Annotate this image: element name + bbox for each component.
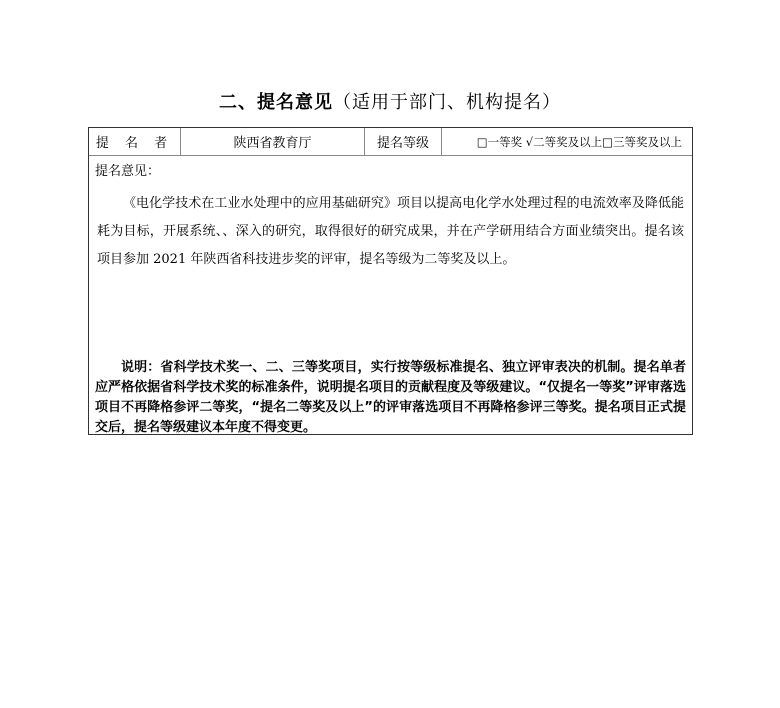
level-options: □一等奖 √二等奖及以上□三等奖及以上 [442,128,692,155]
nominator-row: 提 名 者 陕西省教育厅 提名等级 □一等奖 √二等奖及以上□三等奖及以上 [89,128,692,156]
nominator-label: 提 名 者 [89,128,181,155]
nomination-table: 提 名 者 陕西省教育厅 提名等级 □一等奖 √二等奖及以上□三等奖及以上 提名… [88,127,693,435]
opinion-text: 《电化学技术在工业水处理中的应用基础研究》项目以提高电化学水处理过程的电流效率及… [97,190,684,274]
opinion-label: 提名意见： [95,160,160,179]
section-title-sub: （适用于部门、机构提名） [333,92,561,113]
level-label: 提名等级 [365,128,442,155]
note-text: 说明：省科学技术奖一、二、三等奖项目，实行按等级标准提名、独立评审表决的机制。提… [95,358,686,438]
nominator-value: 陕西省教育厅 [181,128,365,155]
section-title-main: 二、提名意见 [219,92,333,113]
section-title: 二、提名意见（适用于部门、机构提名） [0,88,780,114]
